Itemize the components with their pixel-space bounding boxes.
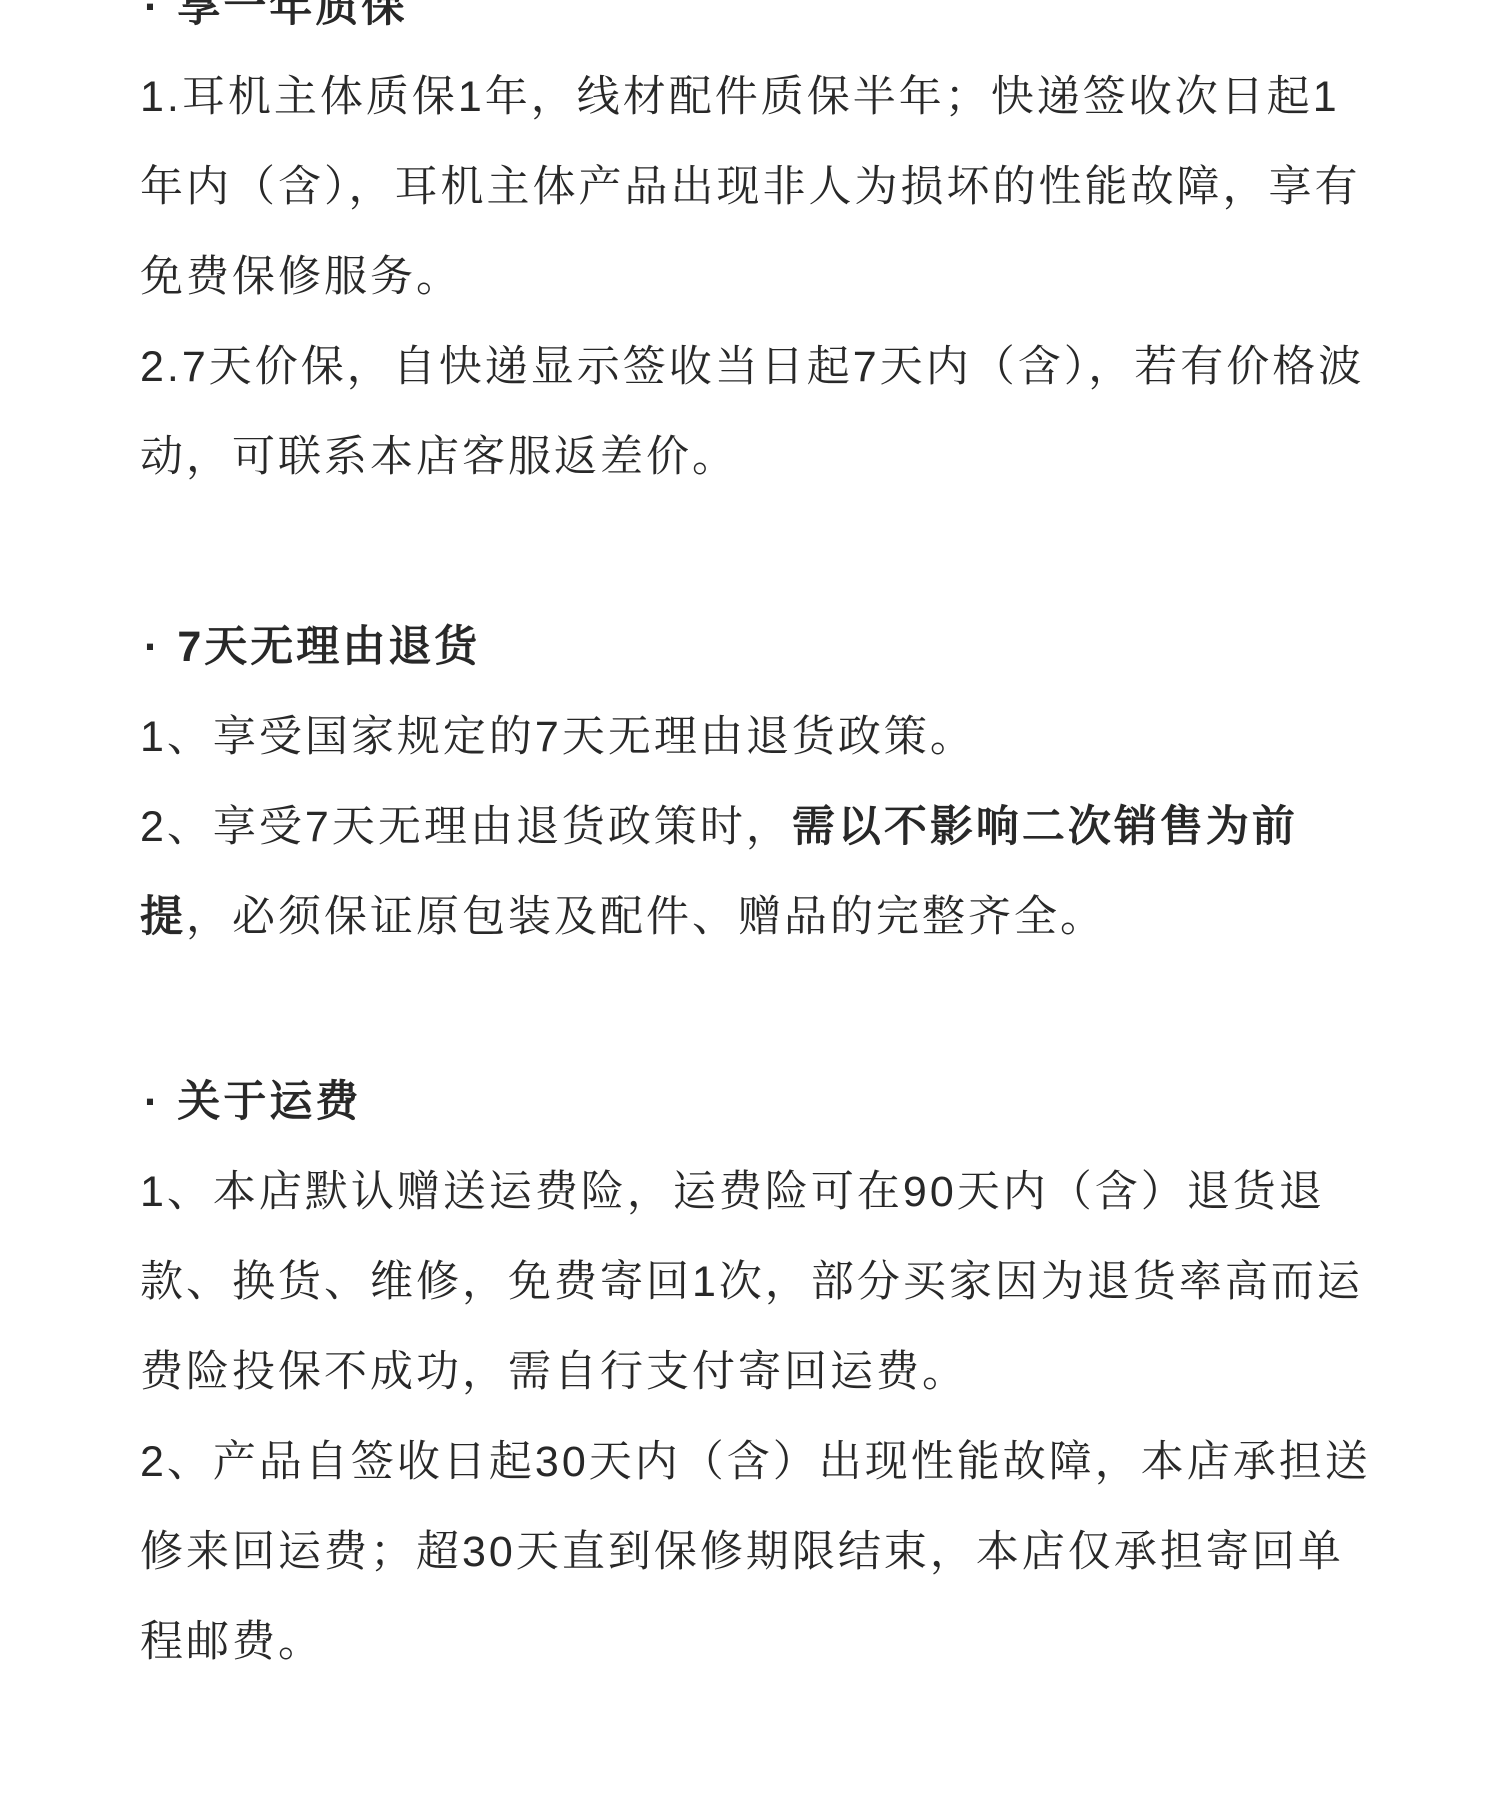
section-one-year-warranty: ·享一年质保 1.耳机主体质保1年，线材配件质保半年；快递签收次日起1 年内（含… [140,0,1390,502]
section-heading-text: 关于运费 [177,1078,361,1126]
section-7day-return: ·7天无理由退货 1、享受国家规定的7天无理由退货政策。 2、享受7天无理由退货… [140,602,1390,962]
bullet-marker: · [144,602,161,692]
text-line: 2、享受7天无理由退货政策时，需以不影响二次销售为前 [140,782,1390,872]
text-segment: 2、享受7天无理由退货政策时， [140,803,792,851]
text-line: 程邮费。 [140,1597,1390,1687]
bullet-marker: · [144,1057,161,1147]
text-line: 1、享受国家规定的7天无理由退货政策。 [140,692,1390,782]
text-line: 修来回运费；超30天直到保修期限结束，本店仅承担寄回单 [140,1507,1390,1597]
text-line: 2.7天价保，自快递显示签收当日起7天内（含），若有价格波 [140,322,1390,412]
section-heading-shipping: ·关于运费 [140,1057,1390,1147]
section-heading-text: 享一年质保 [177,0,407,31]
text-line: 2、产品自签收日起30天内（含）出现性能故障，本店承担送 [140,1417,1390,1507]
product-service-policy-document: ·享一年质保 1.耳机主体质保1年，线材配件质保半年；快递签收次日起1 年内（含… [0,0,1500,1687]
section-heading-text: 7天无理由退货 [177,623,480,671]
text-line: 1.耳机主体质保1年，线材配件质保半年；快递签收次日起1 [140,52,1390,142]
section-heading-warranty: ·享一年质保 [140,0,1390,52]
text-line: 费险投保不成功，需自行支付寄回运费。 [140,1327,1390,1417]
text-line: 款、换货、维修，免费寄回1次，部分买家因为退货率高而运 [140,1237,1390,1327]
text-line: 提，必须保证原包装及配件、赠品的完整齐全。 [140,872,1390,962]
section-heading-return: ·7天无理由退货 [140,602,1390,692]
text-line: 免费保修服务。 [140,232,1390,322]
text-line: 1、本店默认赠送运费险，运费险可在90天内（含）退货退 [140,1147,1390,1237]
section-shipping-fees: ·关于运费 1、本店默认赠送运费险，运费险可在90天内（含）退货退 款、换货、维… [140,1057,1390,1687]
bullet-marker: · [144,0,161,52]
text-line: 动，可联系本店客服返差价。 [140,412,1390,502]
text-segment: ，必须保证原包装及配件、赠品的完整齐全。 [186,893,1106,941]
text-line: 年内（含），耳机主体产品出现非人为损坏的性能故障，享有 [140,142,1390,232]
text-segment-bold: 提 [140,893,186,941]
text-segment-bold: 需以不影响二次销售为前 [792,803,1298,851]
